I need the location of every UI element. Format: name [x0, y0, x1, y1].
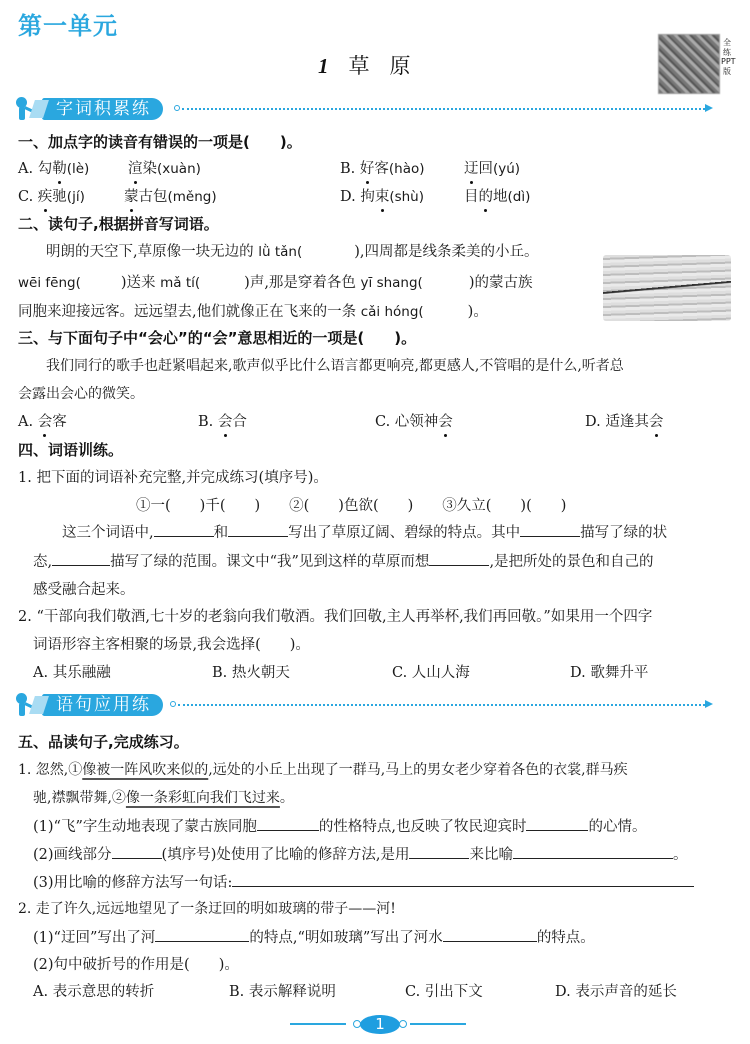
- text: )。: [468, 304, 488, 320]
- pinyin: mǎ tí(: [160, 275, 200, 291]
- q5-sub-2: (2)画线部分(填序号)处使用了比喻的修辞方法,是用来比喻。: [33, 843, 687, 864]
- q5-option-d[interactable]: D. 表示声音的延长: [555, 980, 677, 1001]
- pinyin: (lè): [67, 161, 90, 177]
- underlined-phrase-1: 像被一阵风吹来似的: [82, 762, 208, 778]
- q1-option-d[interactable]: D. 拘束(shù): [340, 185, 424, 206]
- text: 描写了绿的范围。课文中“我”见到这样的草原而想: [110, 554, 429, 570]
- q1-option-d-word2: 目的地(dì): [464, 185, 530, 206]
- option-letter: B.: [340, 161, 355, 177]
- answer-blank[interactable]: [154, 523, 214, 537]
- text: 描写了绿的状: [580, 525, 667, 541]
- answer-blank[interactable]: [409, 845, 469, 859]
- pinyin: yī shang(: [361, 275, 423, 291]
- pinyin: (měng): [168, 189, 217, 205]
- pinyin: (jí): [67, 189, 85, 205]
- banner-dotted-line: [182, 108, 705, 110]
- question-3-title: 三、与下面句子中“会心”的“会”意思相近的一项是( )。: [18, 327, 416, 348]
- q1-option-a[interactable]: A. 勾勒(lè): [18, 157, 89, 178]
- text: (1)“飞”字生动地表现了蒙古族同胞: [33, 819, 257, 835]
- text: 写出了草原辽阔、碧绿的特点。其中: [288, 525, 520, 541]
- question-4-title: 四、词语训练。: [18, 439, 123, 460]
- text: (1)“迂回”写出了河: [33, 930, 155, 946]
- text: ),四周都是线条柔美的小丘。: [354, 244, 538, 260]
- section-banner-vocabulary: 字词积累练: [14, 96, 163, 122]
- text: 的心情。: [588, 819, 646, 835]
- q1-option-c[interactable]: C. 疾驰(jí): [18, 185, 85, 206]
- answer-blank[interactable]: [513, 845, 673, 859]
- answer-blank[interactable]: [520, 523, 580, 537]
- text: 来比喻: [469, 847, 513, 863]
- answer-blank[interactable]: [257, 817, 319, 831]
- q5-passage-line-1: 1. 忽然,①像被一阵风吹来似的,远处的小丘上出现了一群马,马上的男女老少穿着各…: [18, 759, 628, 779]
- q3-option-d[interactable]: D. 适逢其会: [585, 410, 663, 431]
- q5-option-a[interactable]: A. 表示意思的转折: [33, 980, 154, 1001]
- q5-passage-line-2: 驰,襟飘带舞,②像一条彩虹向我们飞过来。: [33, 787, 294, 807]
- text: 1. 忽然,①: [18, 762, 82, 778]
- qr-label: 全练PPT版: [721, 38, 733, 76]
- ring-icon: [399, 1020, 407, 1028]
- q4-option-a[interactable]: A. 其乐融融: [33, 661, 111, 682]
- q4-paragraph-line-2: 态,描写了绿的范围。课文中“我”见到这样的草原而想,是把所处的景色和自己的: [33, 550, 654, 571]
- answer-blank[interactable]: [429, 552, 489, 566]
- q4-item-2-line-2: 词语形容主客相聚的场景,我会选择( )。: [33, 633, 310, 654]
- q3-option-a[interactable]: A. 会客: [18, 410, 67, 431]
- qr-code-image[interactable]: [658, 34, 720, 94]
- q4-item-1: 1. 把下面的词语补充完整,并完成练习(填序号)。: [18, 466, 328, 487]
- q3-passage-line-1: 我们同行的歌手也赶紧唱起来,歌声似乎比什么语言都更响亮,都更感人,不管唱的是什么…: [46, 355, 624, 375]
- text: 的特点,“明如玻璃”写出了河水: [249, 930, 442, 946]
- arrow-right-icon: [705, 700, 713, 708]
- page-number: 1: [360, 1015, 400, 1034]
- option-letter: D.: [340, 189, 356, 205]
- lesson-title: 1草原: [318, 50, 431, 80]
- text: 驰,襟飘带舞,②: [33, 790, 126, 806]
- text: ,远处的小丘上出现了一群马,马上的男女老少穿着各色的衣裳,群马疾: [208, 762, 627, 778]
- section-banner-label: 字词积累练: [42, 98, 163, 120]
- answer-blank[interactable]: [228, 523, 288, 537]
- text: 态,: [33, 554, 52, 570]
- text: 。: [280, 790, 294, 806]
- lesson-name: 草原: [349, 54, 431, 78]
- q1-option-b[interactable]: B. 好客(hào): [340, 157, 425, 178]
- text: (3)用比喻的修辞方法写一句话:: [33, 875, 232, 891]
- q5-sub-1: (1)“飞”字生动地表现了蒙古族同胞的性格特点,也反映了牧民迎宾时的心情。: [33, 815, 646, 836]
- question-5-title: 五、品读句子,完成练习。: [18, 731, 189, 752]
- divider: [290, 1023, 346, 1025]
- banner-dotted-line: [178, 704, 705, 706]
- text: 。: [673, 847, 688, 863]
- q5-2-sub-1: (1)“迂回”写出了河的特点,“明如玻璃”写出了河水的特点。: [33, 926, 595, 947]
- q4-item-2-line-1: 2. “干部向我们敬酒,七十岁的老翁向我们敬酒。我们回敬,主人再举杯,我们再回敬…: [18, 605, 652, 626]
- q4-idioms[interactable]: ①一( )千( ) ②( )色欲( ) ③久立( )( ): [136, 494, 566, 515]
- q2-line-1: 明朗的天空下,草原像一块无边的 lǜ tǎn(),四周都是线条柔美的小丘。: [46, 240, 538, 261]
- option-letter: A.: [18, 161, 33, 177]
- text: )声,那是穿着各色: [244, 275, 356, 291]
- section-banner-sentence: 语句应用练: [14, 692, 163, 718]
- answer-blank[interactable]: [443, 928, 537, 942]
- q4-option-b[interactable]: B. 热火朝天: [212, 661, 290, 682]
- answer-blank[interactable]: [112, 845, 162, 859]
- text: 明朗的天空下,草原像一块无边的: [46, 244, 254, 260]
- answer-blank[interactable]: [526, 817, 588, 831]
- q5-passage-2: 2. 走了许久,远远地望见了一条迂回的明如玻璃的带子——河!: [18, 898, 396, 918]
- q5-2-sub-2: (2)句中破折号的作用是( )。: [33, 953, 239, 974]
- answer-blank[interactable]: [52, 552, 110, 566]
- banner-line-start-dot: [174, 105, 180, 111]
- pinyin: cǎi hóng(: [361, 304, 424, 320]
- q1-option-c-word2: 蒙古包(měng): [124, 185, 217, 206]
- answer-blank[interactable]: [232, 873, 694, 887]
- page-number-badge: 1: [290, 1013, 470, 1035]
- text: )的蒙古族: [469, 275, 533, 291]
- pinyin: wēi fēng(: [18, 275, 81, 291]
- text: )送来: [121, 275, 156, 291]
- q1-option-b-word2: 迂回(yú): [464, 157, 520, 178]
- option-letter: C.: [18, 189, 33, 205]
- q4-paragraph-line-3: 感受融合起来。: [33, 578, 135, 599]
- arrow-right-icon: [705, 104, 713, 112]
- pinyin: (dì): [508, 189, 531, 205]
- pinyin: lǜ tǎn(: [258, 244, 302, 260]
- banner-line-start-dot: [170, 701, 176, 707]
- text: 这三个词语中,: [62, 525, 154, 541]
- q1-option-a-word2: 渲染(xuàn): [128, 157, 201, 178]
- pinyin: (shù): [389, 189, 424, 205]
- text: (2)画线部分: [33, 847, 112, 863]
- grassland-illustration: [603, 255, 731, 321]
- text: (填序号)处使用了比喻的修辞方法,是用: [162, 847, 410, 863]
- q4-paragraph-line-1: 这三个词语中,和写出了草原辽阔、碧绿的特点。其中描写了绿的状: [62, 521, 667, 542]
- text: 的性格特点,也反映了牧民迎宾时: [319, 819, 527, 835]
- q2-line-3: 同胞来迎接远客。远远望去,他们就像正在飞来的一条 cǎi hóng()。: [18, 300, 488, 321]
- question-2-title: 二、读句子,根据拼音写词语。: [18, 213, 219, 234]
- divider: [410, 1023, 466, 1025]
- q5-option-c[interactable]: C. 引出下文: [405, 980, 483, 1001]
- question-1-title: 一、加点字的读音有错误的一项是( )。: [18, 131, 302, 152]
- q4-option-c[interactable]: C. 人山人海: [392, 661, 470, 682]
- q5-option-b[interactable]: B. 表示解释说明: [229, 980, 336, 1001]
- q3-option-b[interactable]: B. 会合: [198, 410, 247, 431]
- underlined-phrase-2: 像一条彩虹向我们飞过来: [126, 790, 280, 806]
- q4-option-d[interactable]: D. 歌舞升平: [570, 661, 648, 682]
- text: ,是把所处的景色和自己的: [489, 554, 653, 570]
- pinyin: (hào): [389, 161, 425, 177]
- text: 同胞来迎接远客。远远望去,他们就像正在飞来的一条: [18, 304, 356, 320]
- pinyin: (yú): [493, 161, 520, 177]
- q3-passage-line-2: 会露出会心的微笑。: [18, 383, 144, 403]
- text: 的特点。: [537, 930, 595, 946]
- q2-line-2: wēi fēng()送来 mǎ tí()声,那是穿着各色 yī shang()的…: [18, 271, 533, 292]
- lesson-number: 1: [318, 54, 329, 78]
- unit-title: 第一单元: [18, 6, 118, 41]
- text: 和: [214, 525, 229, 541]
- pinyin: (xuàn): [157, 161, 201, 177]
- q3-option-c[interactable]: C. 心领神会: [375, 410, 453, 431]
- answer-blank[interactable]: [155, 928, 249, 942]
- section-banner-label: 语句应用练: [42, 694, 163, 716]
- q5-sub-3: (3)用比喻的修辞方法写一句话:: [33, 871, 694, 892]
